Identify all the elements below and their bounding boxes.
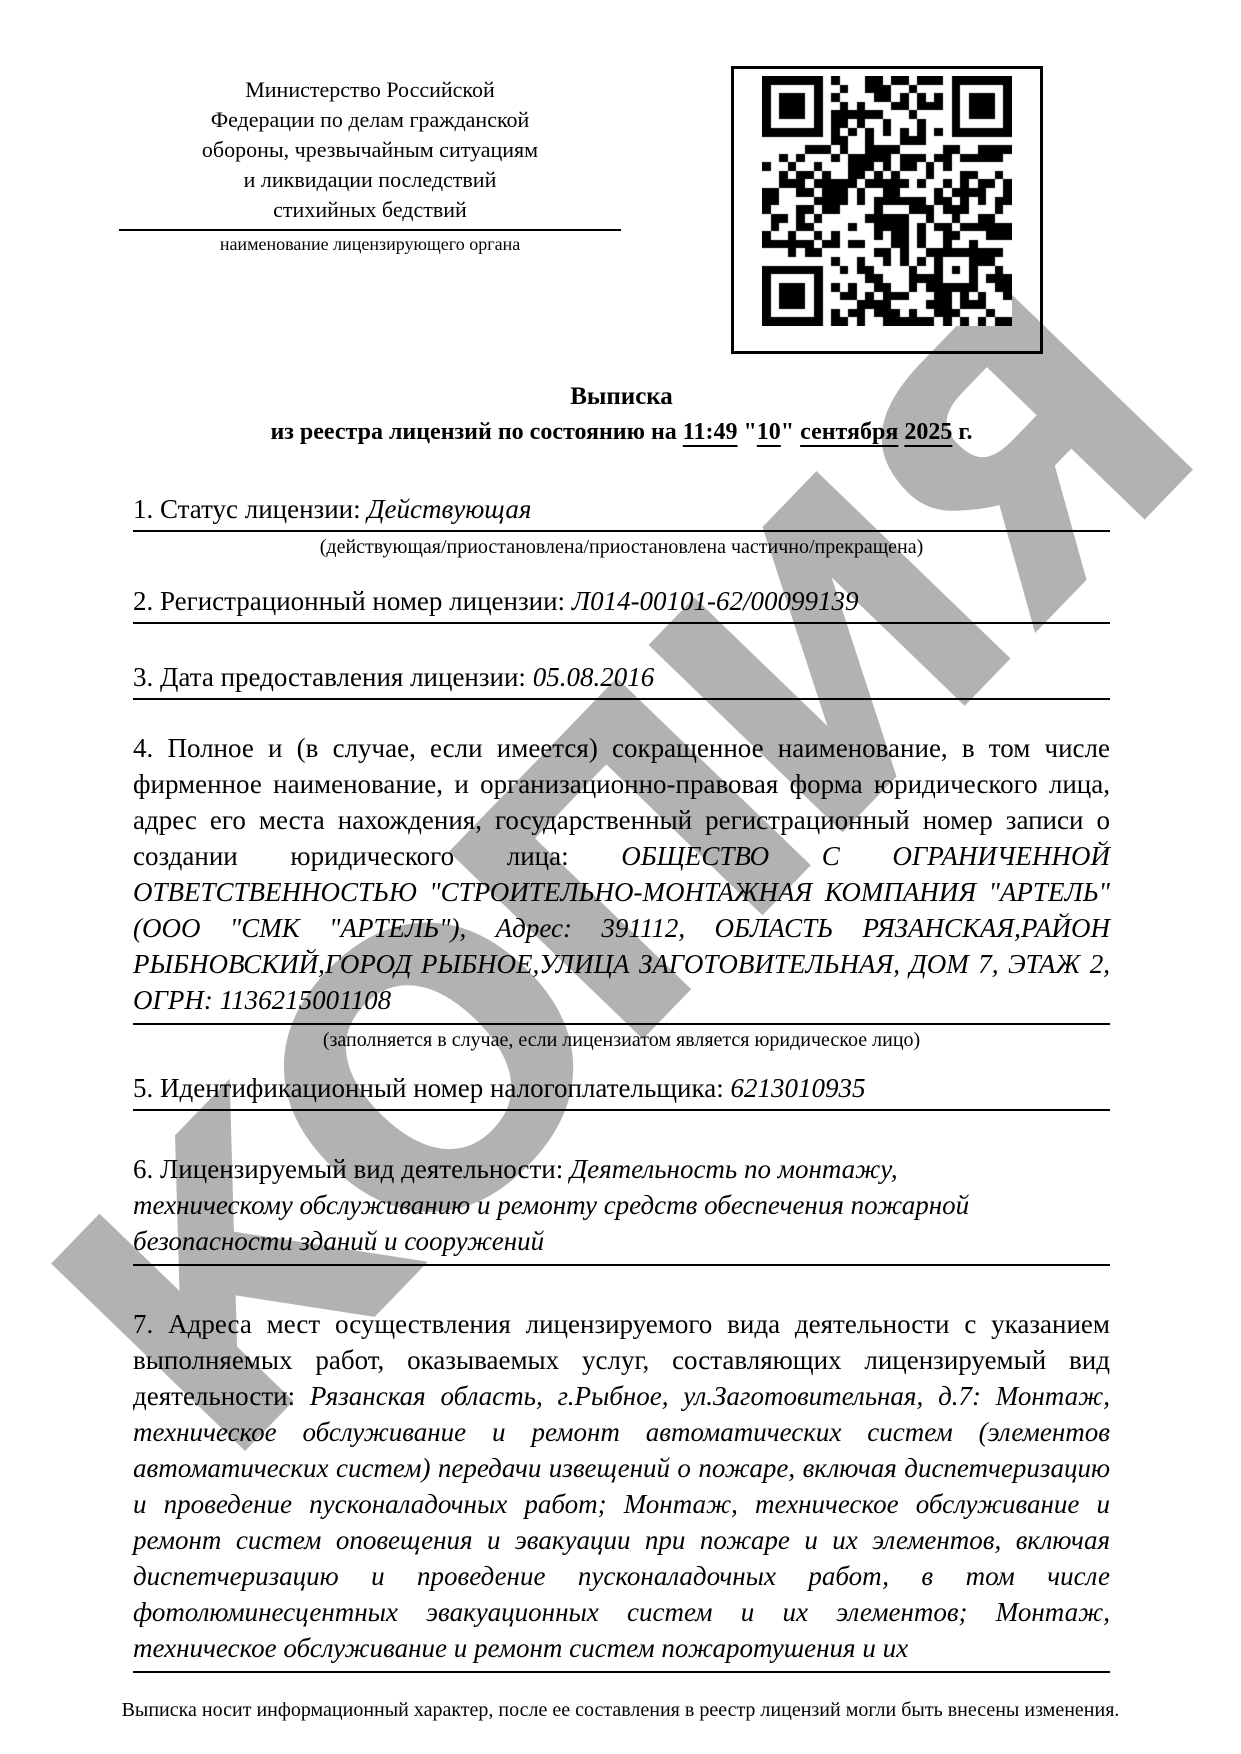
subtitle-suffix: г. (958, 419, 972, 445)
company-info-hint: (заполняется в случае, если лицензиатом … (133, 1028, 1110, 1052)
paragraph-company-info: 4. Полное и (в случае, если имеется) сок… (133, 730, 1110, 1025)
taxpayer-number-label: 5. Идентификационный номер налогоплатель… (133, 1073, 724, 1103)
subtitle-year: 2025 (904, 419, 952, 445)
license-status-hint: (действующая/приостановлена/приостановле… (133, 535, 1110, 559)
subtitle-month: сентября (800, 419, 898, 445)
authority-caption: наименование лицензирующего органа (119, 231, 621, 255)
grant-date-label: 3. Дата предоставления лицензии: (133, 662, 526, 692)
document-title: Выписка (133, 382, 1110, 412)
license-status-value: Действующая (367, 494, 531, 524)
licensing-authority-block: Министерство РоссийскойФедерации по дела… (119, 62, 621, 255)
document-subtitle: из реестра лицензий по состоянию на 11:4… (133, 417, 1110, 447)
authority-line: стихийных бедствий (273, 197, 467, 222)
authority-line: и ликвидации последствий (244, 167, 497, 192)
registration-number-value: Л014-00101-62/00099139 (572, 586, 859, 616)
document-page: КОПИЯ Министерство РоссийскойФедерации п… (0, 0, 1241, 1754)
field-license-status: 1. Статус лицензии: Действующая (133, 493, 1110, 532)
document-content: Министерство РоссийскойФедерации по дела… (0, 0, 1241, 1673)
licensed-activity-value-line: техническому обслуживанию и ремонту сред… (133, 1190, 969, 1220)
licensed-activity-value-line: Деятельность по монтажу, (570, 1154, 898, 1184)
subtitle-prefix: из реестра лицензий по состоянию на (270, 419, 676, 445)
subtitle-day: 10 (757, 419, 781, 445)
authority-line: Федерации по делам гражданской (211, 107, 530, 132)
field-registration-number: 2. Регистрационный номер лицензии: Л014-… (133, 585, 1110, 624)
activity-addresses-value: Рязанская область, г.Рыбное, ул.Заготови… (133, 1381, 1110, 1663)
field-taxpayer-number: 5. Идентификационный номер налогоплатель… (133, 1072, 1110, 1111)
authority-line: обороны, чрезвычайным ситуациям (202, 137, 538, 162)
open-quote: " (743, 419, 756, 445)
qr-code-icon (762, 76, 1012, 326)
qr-frame (731, 66, 1043, 354)
licensing-authority-name: Министерство РоссийскойФедерации по дела… (119, 75, 621, 231)
licensed-activity-value-line: безопасности зданий и сооружений (133, 1226, 544, 1256)
registration-number-label: 2. Регистрационный номер лицензии: (133, 586, 565, 616)
paragraph-licensed-activity: 6. Лицензируемый вид деятельности: Деяте… (133, 1151, 1110, 1266)
paragraph-activity-addresses: 7. Адреса мест осуществления лицензируем… (133, 1306, 1110, 1673)
field-grant-date: 3. Дата предоставления лицензии: 05.08.2… (133, 661, 1110, 700)
document-header: Министерство РоссийскойФедерации по дела… (133, 62, 1110, 354)
grant-date-value: 05.08.2016 (533, 662, 655, 692)
authority-line: Министерство Российской (245, 77, 495, 102)
subtitle-time: 11:49 (683, 419, 738, 445)
close-quote: " (781, 419, 794, 445)
licensed-activity-label: 6. Лицензируемый вид деятельности: (133, 1154, 563, 1184)
license-status-label: 1. Статус лицензии: (133, 494, 361, 524)
taxpayer-number-value: 6213010935 (730, 1073, 865, 1103)
footer-note: Выписка носит информационный характер, п… (0, 1698, 1241, 1722)
